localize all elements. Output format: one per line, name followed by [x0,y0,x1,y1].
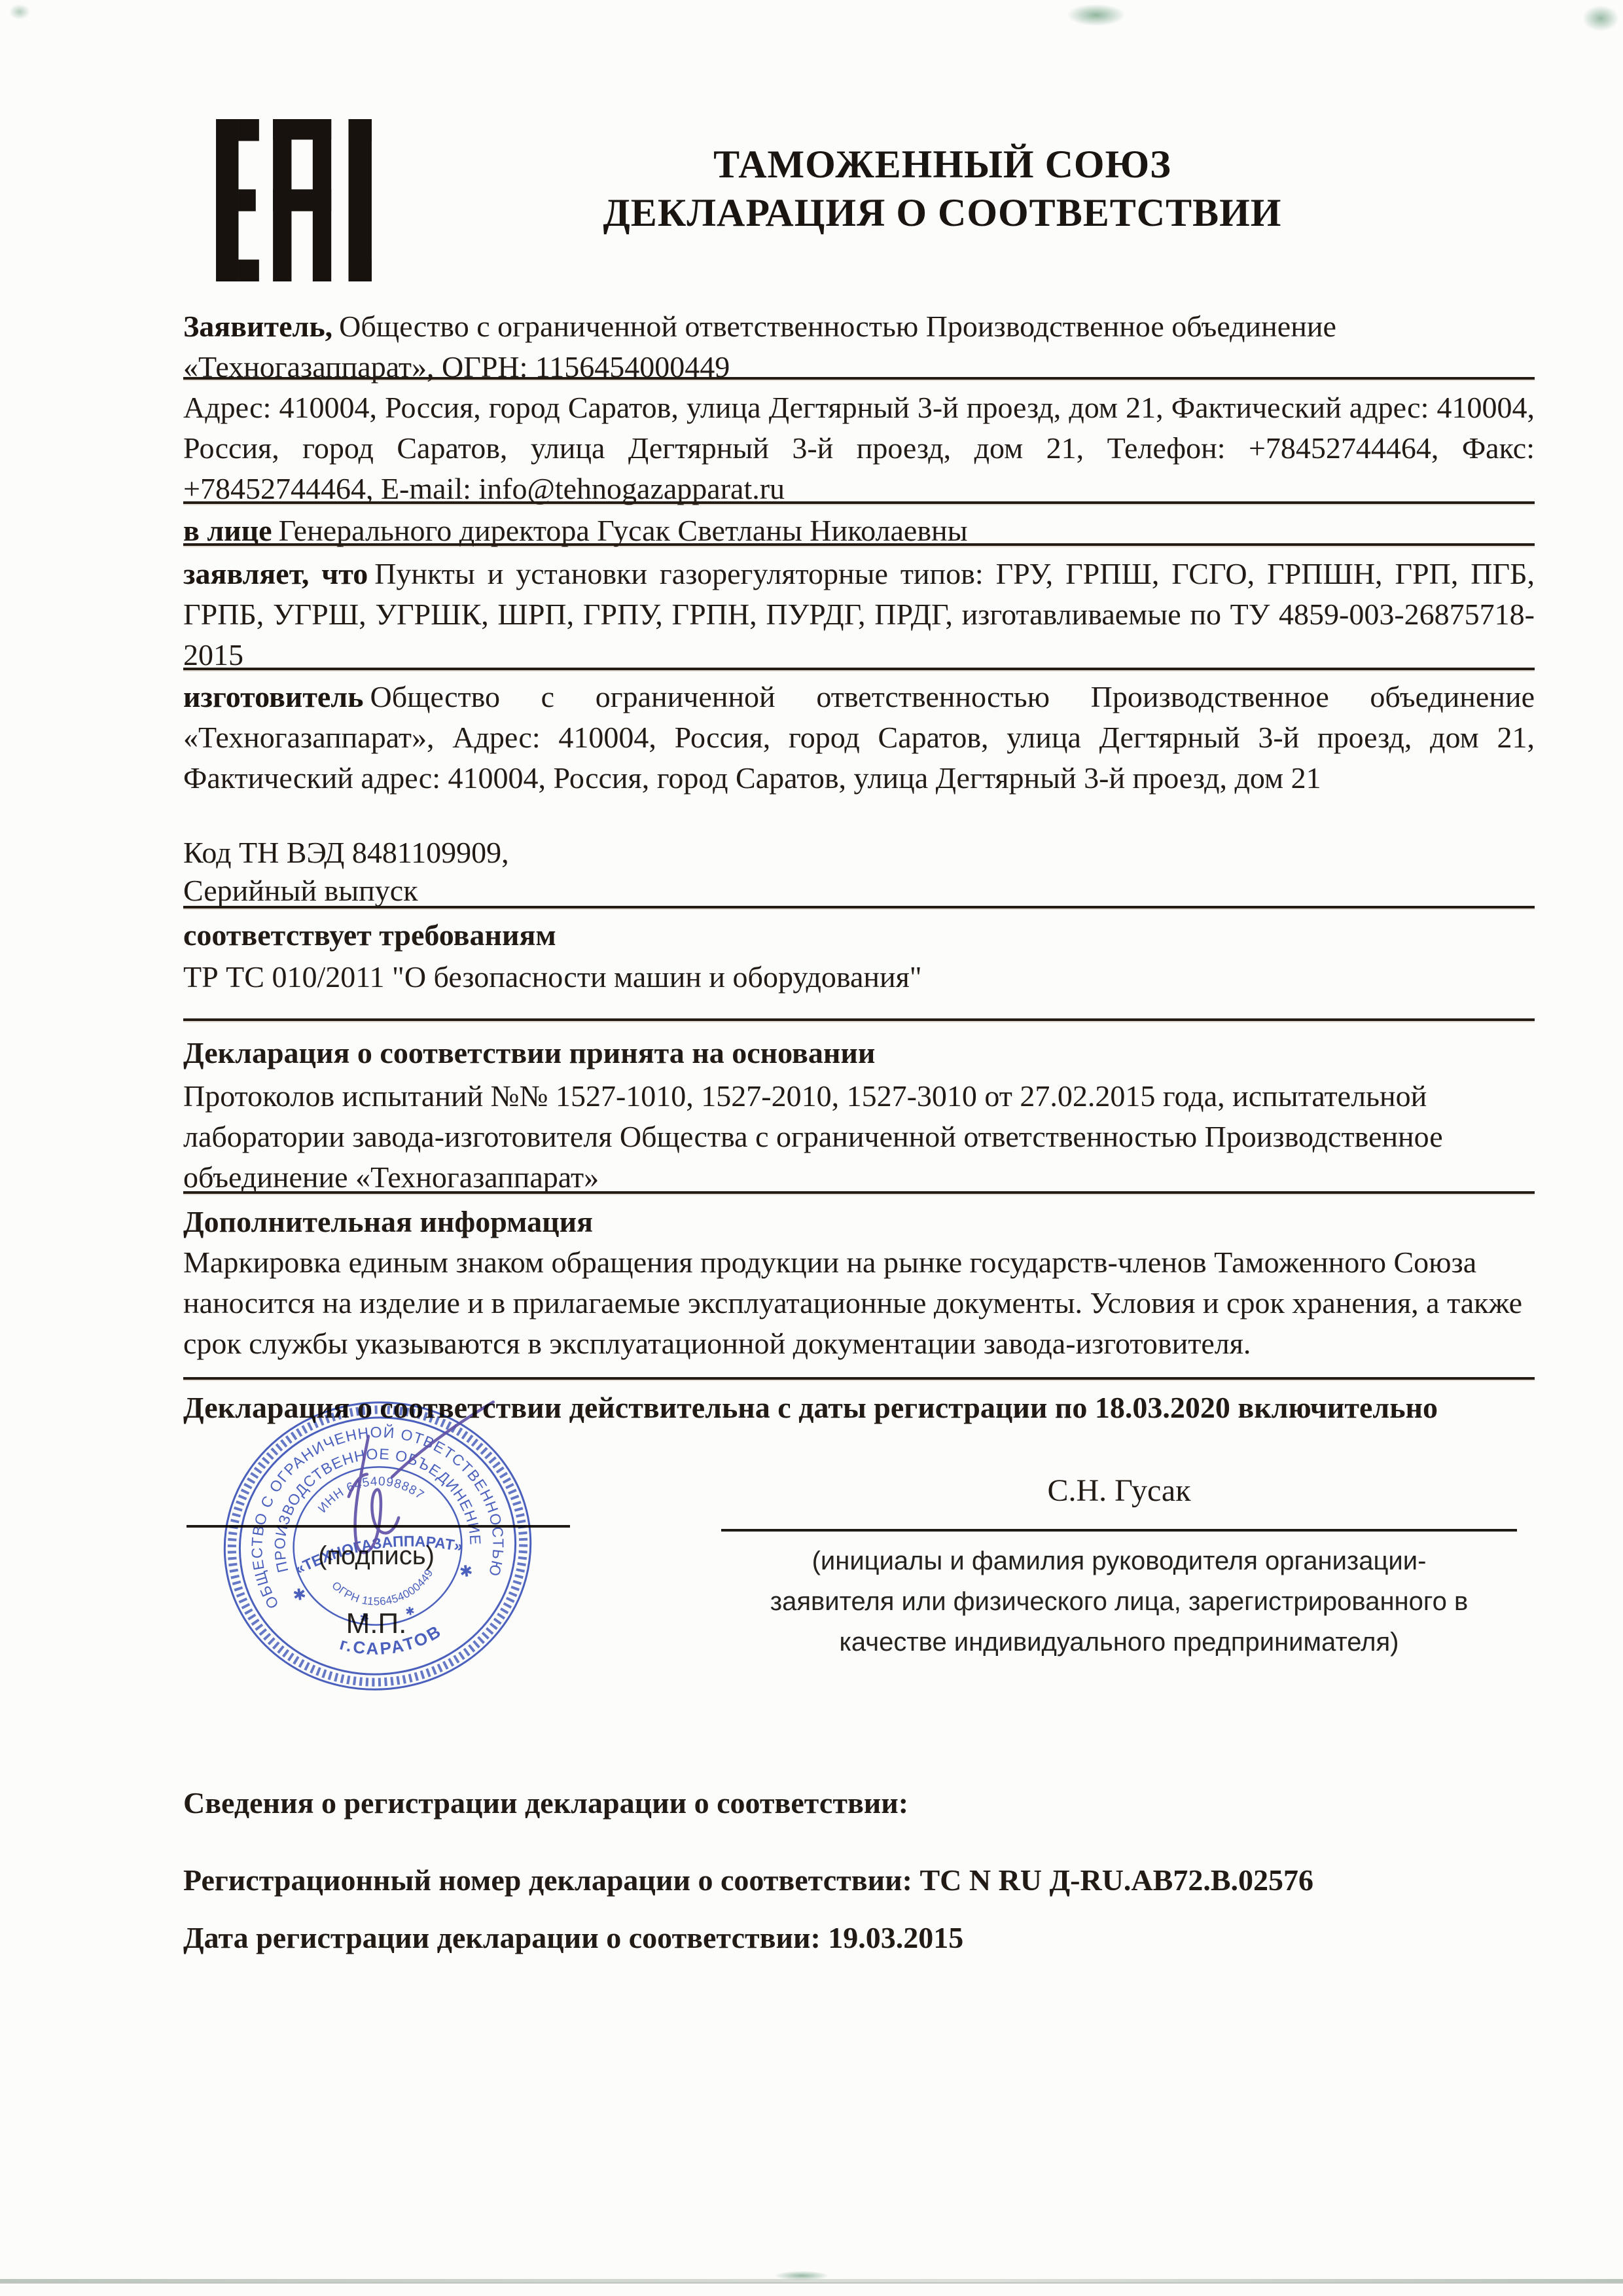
serial-line: Серийный выпуск [183,870,1535,911]
scan-smudge [1582,5,1619,31]
divider [183,1018,1535,1021]
divider [183,906,1535,908]
stamp-star-inner-left: ✱ [359,1611,370,1624]
page-title: ТАМОЖЕННЫЙ СОЮЗ ДЕКЛАРАЦИЯ О СООТВЕТСТВИ… [406,140,1479,237]
stamp-star-right: ✱ [458,1562,474,1582]
title-line-2: ДЕКЛАРАЦИЯ О СООТВЕТСТВИИ [406,188,1479,237]
basis-text: Протоколов испытаний №№ 1527-1010, 1527-… [183,1076,1535,1198]
declaration-subject-paragraph: заявляет, чтоПункты и установки газорегу… [183,554,1535,675]
divider [183,543,1535,546]
registration-date-line: Дата регистрации декларации о соответств… [183,1918,1535,1958]
divider [183,501,1535,504]
divider [183,377,1535,380]
additional-heading: Дополнительная информация [183,1202,1535,1242]
company-stamp: ОБЩЕСТВО С ОГРАНИЧЕННОЙ ОТВЕТСТВЕННОСТЬЮ… [220,1398,535,1694]
signer-name: С.Н. Гусак [720,1473,1518,1509]
applicant-label: Заявитель, [183,310,332,343]
declares-text: Пункты и установки газорегуляторные типо… [183,557,1535,672]
additional-text: Маркировка единым знаком обращения проду… [183,1242,1535,1364]
registration-number-line: Регистрационный номер декларации о соотв… [183,1860,1535,1901]
divider [183,668,1535,670]
representative-text: Генерального директора Гусак Светланы Ни… [279,514,968,547]
svg-text:ОГРН 1156454000449: ОГРН 1156454000449 [329,1566,440,1615]
declaration-document: ТАМОЖЕННЫЙ СОЮЗ ДЕКЛАРАЦИЯ О СООТВЕТСТВИ… [0,0,1623,2296]
scan-edge-artifact [0,2282,1623,2284]
representative-label: в лице [183,514,272,547]
svg-text:г.САРАТОВ: г.САРАТОВ [335,1620,447,1665]
address-paragraph: Адрес: 410004, Россия, город Саратов, ул… [183,387,1535,509]
stamp-star-inner-right: ✱ [404,1605,416,1619]
conformity-heading: соответствует требованиям [183,915,1535,956]
manufacturer-paragraph: изготовительОбщество с ограниченной отве… [183,677,1535,798]
manufacturer-label: изготовитель [183,680,363,713]
scan-smudge [1067,4,1126,26]
stamp-ogrn-text: ОГРН 1156454000449 [329,1566,440,1615]
stamp-star-left: ✱ [292,1585,308,1605]
initials-caption: (инициалы и фамилия руководителя организ… [720,1541,1518,1662]
applicant-text: Общество с ограниченной ответственностью… [183,310,1336,384]
conformity-text: ТР ТС 010/2011 "О безопасности машин и о… [183,957,1535,997]
divider [183,1191,1535,1194]
divider [183,1377,1535,1380]
initials-caption-line-1: (инициалы и фамилия руководителя организ… [720,1541,1518,1581]
initials-caption-line-3: качестве индивидуального предпринимателя… [720,1622,1518,1662]
tnved-line: Код ТН ВЭД 8481109909, [183,833,1535,873]
title-line-1: ТАМОЖЕННЫЙ СОЮЗ [406,140,1479,188]
scan-smudge [9,4,30,20]
basis-heading: Декларация о соответствии принята на осн… [183,1033,1535,1073]
applicant-paragraph: Заявитель,Общество с ограниченной ответс… [183,306,1535,387]
stamp-city-text: г.САРАТОВ [335,1620,447,1665]
eac-mark-logo [216,119,372,281]
manufacturer-text: Общество с ограниченной ответственностью… [183,680,1535,795]
declares-label: заявляет, что [183,557,368,590]
registration-heading: Сведения о регистрации декларации о соот… [183,1783,1535,1823]
initials-caption-line-2: заявителя или физического лица, зарегист… [720,1581,1518,1622]
signature-line-right [721,1529,1517,1532]
